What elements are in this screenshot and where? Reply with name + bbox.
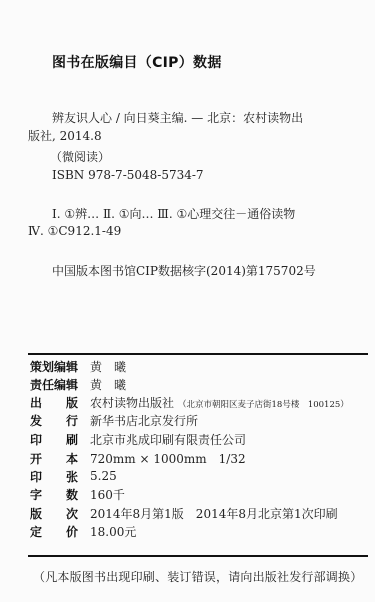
row-value: 2014年8月第1版 2014年8月北京第1次印刷 bbox=[90, 505, 338, 522]
top-divider bbox=[28, 353, 368, 355]
label-char: 版 bbox=[30, 505, 42, 522]
publisher-name: 农村读物出版社 bbox=[90, 396, 174, 410]
label-char: 定 bbox=[30, 523, 42, 540]
row-value: 新华书店北京发行所 bbox=[90, 412, 198, 429]
cip-number: 中国版本图书馆CIP数据核字(2014)第175702号 bbox=[52, 262, 316, 279]
row-label: 字数 bbox=[30, 486, 78, 503]
label-text: 策划编辑 bbox=[30, 358, 78, 375]
label-char: 本 bbox=[66, 450, 78, 467]
label-char: 张 bbox=[66, 468, 78, 485]
row-label: 定价 bbox=[30, 523, 78, 540]
row-label: 发行 bbox=[30, 412, 78, 429]
row-label: 策划编辑 bbox=[30, 358, 78, 375]
row-label: 版次 bbox=[30, 505, 78, 522]
row-label: 责任编辑 bbox=[30, 376, 78, 393]
row-label: 印刷 bbox=[30, 431, 78, 448]
row-value: 720mm × 1000mm 1/32 bbox=[90, 450, 246, 467]
cip-bibliographic-line: 辨友识人心 / 向日葵主编. — 北京：农村读物出 bbox=[52, 109, 303, 126]
row-value: 北京市兆成印刷有限责任公司 bbox=[90, 431, 246, 448]
row-value: 5.25 bbox=[90, 469, 117, 483]
cip-classification-continued: Ⅳ. ①C912.1-49 bbox=[28, 224, 121, 238]
cip-title: 图书在版编目（CIP）数据 bbox=[52, 52, 222, 72]
row-value: 18.00元 bbox=[90, 523, 136, 540]
cip-series: （微阅读） bbox=[50, 148, 110, 165]
colophon-row-publisher: 出版 农村读物出版社（北京市朝阳区麦子店街18号楼 100125） bbox=[30, 393, 349, 411]
label-char: 行 bbox=[66, 412, 78, 429]
label-char: 发 bbox=[30, 412, 42, 429]
row-value: 160千 bbox=[90, 486, 125, 503]
replacement-notice: （凡本版图书出现印刷、装订错误，请向出版社发行部调换） bbox=[33, 568, 362, 585]
label-char: 次 bbox=[66, 505, 78, 522]
cip-classification: Ⅰ. ①辨… Ⅱ. ①向… Ⅲ. ①心理交往－通俗读物 bbox=[52, 205, 295, 222]
colophon-row-planning-editor: 策划编辑 黄 曦 bbox=[30, 357, 126, 375]
colophon-row-distributor: 发行 新华书店北京发行所 bbox=[30, 411, 198, 429]
colophon-row-word-count: 字数 160千 bbox=[30, 485, 125, 503]
label-text: 责任编辑 bbox=[30, 376, 78, 393]
row-label: 开本 bbox=[30, 450, 78, 467]
row-value: 黄 曦 bbox=[90, 376, 126, 393]
label-char: 价 bbox=[66, 523, 78, 540]
cip-isbn: ISBN 978-7-5048-5734-7 bbox=[52, 168, 204, 182]
label-char: 印 bbox=[30, 468, 42, 485]
label-char: 出 bbox=[30, 394, 42, 411]
colophon-row-printer: 印刷 北京市兆成印刷有限责任公司 bbox=[30, 430, 246, 448]
publisher-address: （北京市朝阳区麦子店街18号楼 100125） bbox=[178, 400, 349, 410]
bottom-divider bbox=[28, 555, 368, 557]
colophon-row-edition: 版次 2014年8月第1版 2014年8月北京第1次印刷 bbox=[30, 504, 338, 522]
label-char: 印 bbox=[30, 431, 42, 448]
colophon-row-price: 定价 18.00元 bbox=[30, 522, 136, 540]
label-char: 数 bbox=[66, 486, 78, 503]
colophon-row-format: 开本 720mm × 1000mm 1/32 bbox=[30, 449, 246, 467]
cip-bibliographic-line-continued: 版社, 2014.8 bbox=[28, 127, 102, 144]
row-value: 黄 曦 bbox=[90, 358, 126, 375]
label-char: 刷 bbox=[66, 431, 78, 448]
row-value: 农村读物出版社（北京市朝阳区麦子店街18号楼 100125） bbox=[90, 394, 349, 411]
label-char: 开 bbox=[30, 450, 42, 467]
row-label: 出版 bbox=[30, 394, 78, 411]
row-label: 印张 bbox=[30, 468, 78, 485]
label-char: 字 bbox=[30, 486, 42, 503]
colophon-row-responsible-editor: 责任编辑 黄 曦 bbox=[30, 375, 126, 393]
label-char: 版 bbox=[66, 394, 78, 411]
colophon-row-printed-sheets: 印张 5.25 bbox=[30, 467, 117, 485]
